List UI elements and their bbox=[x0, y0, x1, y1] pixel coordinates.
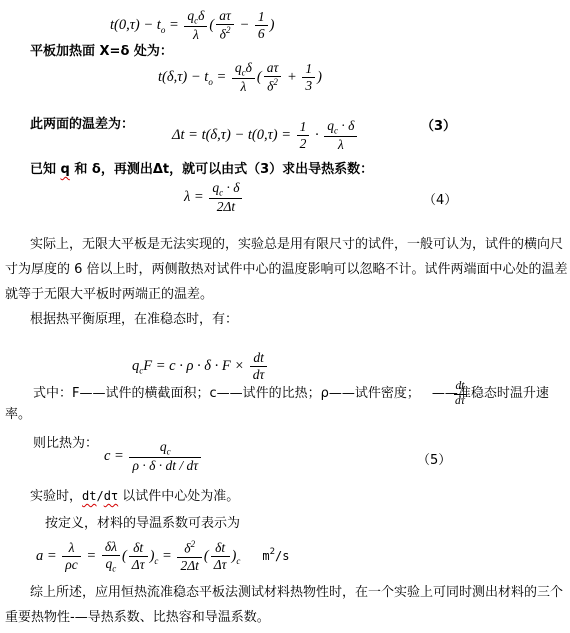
heading-heating-surface: 平板加热面 X=δ 处为： bbox=[30, 43, 173, 60]
diffusivity-definition-line: 按定义，材料的导温系数可表示为 bbox=[45, 515, 240, 532]
heading-temp-diff: 此两面的温差为： bbox=[30, 116, 134, 133]
formula-delta-t: Δt = t(δ,τ) − t(0,τ) = 12 · qc · δλ bbox=[172, 118, 359, 153]
experiment-post-text: 以试件中心处为准。 bbox=[118, 489, 239, 504]
specific-heat-label: 则比热为： bbox=[33, 435, 98, 452]
experiment-slash: / bbox=[96, 489, 103, 503]
summary-paragraph-line2: 重要热物性-—导热系数、比热容和导温系数。 bbox=[5, 609, 270, 626]
formula-t-delta-tau: t(δ,τ) − to = qcδλ(aτδ2 + 13) bbox=[158, 60, 322, 95]
experiment-pre-text: 实验时， bbox=[30, 489, 82, 504]
formula-specific-heat: c = qcρ · δ · dt / dτ bbox=[104, 439, 203, 474]
experiment-dtau-misspelled: dτ bbox=[104, 489, 118, 503]
heat-balance-line: 根据热平衡原理，在准稳态时，有： bbox=[30, 311, 238, 328]
known-q-misspelled: q bbox=[61, 162, 70, 177]
where-definitions-tail: ——准稳态时温升速 bbox=[432, 386, 549, 401]
experiment-note-line: 实验时，dt/dτ 以试件中心处为准。 bbox=[30, 488, 239, 505]
heading-known-values: 已知 q 和 δ，再测出Δt，就可以由式（3）求出导热系数： bbox=[30, 161, 373, 178]
equation-number-4: （4） bbox=[423, 193, 457, 209]
equation-number-3: （3） bbox=[421, 119, 456, 135]
paragraph-finite-plate-line1: 实际上，无限大平板是无法实现的，实验总是用有限尺寸的试件，一般可认为，试件的横向… bbox=[30, 236, 563, 253]
experiment-dt-misspelled: dt bbox=[82, 489, 96, 503]
formula-lambda: λ = qc · δ2Δt bbox=[184, 180, 244, 215]
equation-number-5: （5） bbox=[417, 453, 451, 469]
document-page: t(0,τ) − to = qcδλ(aτδ2 − 16) 平板加热面 X=δ … bbox=[0, 0, 570, 633]
where-definitions-line: 式中：F——试件的横截面积；c——试件的比热；ρ——试件密度；——准稳态时温升速 bbox=[33, 385, 549, 402]
formula-t0-tau: t(0,τ) − to = qcδλ(aτδ2 − 16) bbox=[110, 8, 274, 43]
paragraph-finite-plate-line2: 寸为厚度的 6 倍以上时，两侧散热对试件中心的温度影响可以忽略不计。试件两端面中… bbox=[5, 261, 568, 278]
formula-thermal-diffusivity: a = λρc = δλqc(δtΔτ)c = δ22Δt(δtΔτ)cm2/s bbox=[36, 539, 289, 574]
formula-dt-dtau-inline: dtdτ bbox=[452, 380, 468, 408]
where-definitions-wrap: 率。 bbox=[5, 406, 31, 423]
summary-paragraph-line1: 综上所述，应用恒热流准稳态平板法测试材料热物性时，在一个实验上可同时测出材料的三… bbox=[30, 584, 563, 601]
known-pre-text: 已知 bbox=[30, 162, 61, 177]
paragraph-finite-plate-line3: 就等于无限大平板时两端正的温差。 bbox=[5, 286, 213, 303]
where-definitions-text: 式中：F——试件的横截面积；c——试件的比热；ρ——试件密度； bbox=[33, 386, 420, 401]
known-post-text: 和 δ，再测出Δt，就可以由式（3）求出导热系数： bbox=[70, 162, 373, 177]
formula-heat-balance: qcF = c · ρ · δ · F × dtdτ bbox=[132, 350, 269, 383]
